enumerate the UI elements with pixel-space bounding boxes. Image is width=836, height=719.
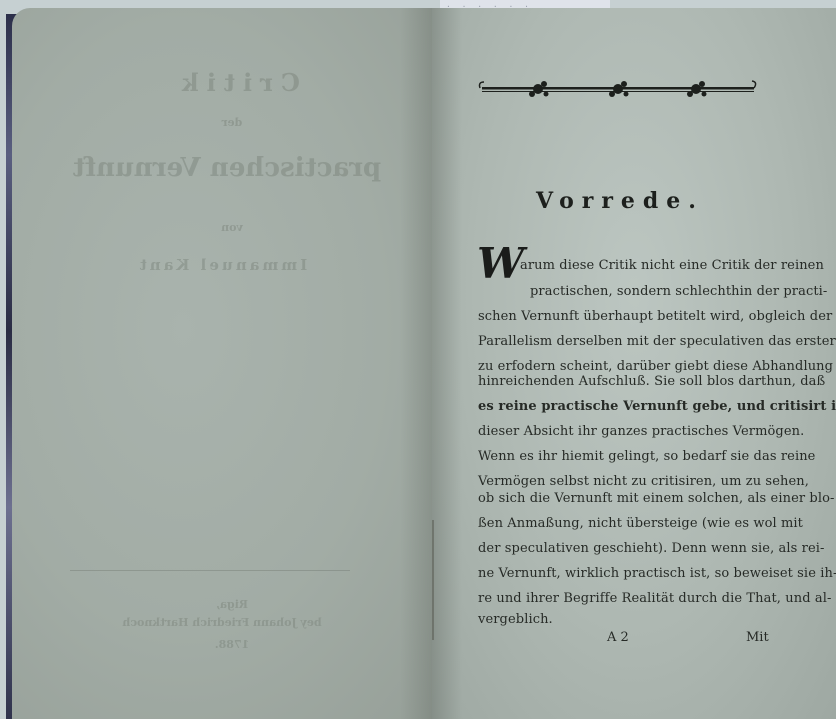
text-line: dieser Absicht ihr ganzes practisches Ve… — [478, 424, 804, 439]
offset-title-line-4: von — [192, 221, 272, 234]
offset-title-line-3: practischen Vernunft — [62, 153, 392, 183]
text-line: vergeblich. — [478, 612, 553, 627]
signature-mark: A 2 — [607, 630, 629, 645]
text-line: ob sich die Vernunft mit einem solchen, … — [478, 491, 835, 506]
text-line: Parallelism derselben mit der speculativ… — [478, 334, 836, 349]
offset-title-line-1: Critik — [162, 68, 312, 97]
offset-imprint-line-1: Riga, — [192, 598, 272, 611]
text-line: hinreichenden Aufschluß. Sie soll blos d… — [478, 374, 825, 389]
offset-imprint-line-3: 1788. — [192, 638, 272, 651]
text-line: es reine practische Vernunft gebe, und c… — [478, 399, 836, 414]
text-line: schen Vernunft überhaupt betitelt wird, … — [478, 309, 832, 324]
offset-rule — [70, 570, 350, 571]
offset-title-line-5: Immanuel Kant — [112, 256, 332, 274]
offset-title-line-2: der — [192, 116, 272, 129]
left-page: Critik der practischen Vernunft von Imma… — [12, 8, 440, 719]
text-line: Wenn es ihr hiemit gelingt, so bedarf si… — [478, 449, 815, 464]
floral-ornament-icon — [478, 78, 758, 102]
text-line: Vermögen selbst nicht zu critisiren, um … — [478, 474, 809, 489]
offset-imprint-line-2: bey Johann Friedrich Hartknoch — [82, 616, 362, 629]
catchword: Mit — [746, 630, 769, 645]
text-line: zu erfodern scheint, darüber giebt diese… — [478, 359, 833, 374]
heading-vorrede: Vorrede. — [520, 188, 720, 214]
text-line: arum diese Critik nicht eine Critik der … — [520, 258, 824, 273]
text-line: ßen Anmaßung, nicht übersteige (wie es w… — [478, 516, 803, 531]
binding-thread — [432, 520, 434, 640]
text-line: practischen, sondern schlechthin der pra… — [530, 284, 827, 299]
drop-cap: W — [477, 243, 524, 285]
text-line: der speculativen geschieht). Denn wenn s… — [478, 541, 825, 556]
text-line: ne Vernunft, wirklich practisch ist, so … — [478, 566, 836, 581]
